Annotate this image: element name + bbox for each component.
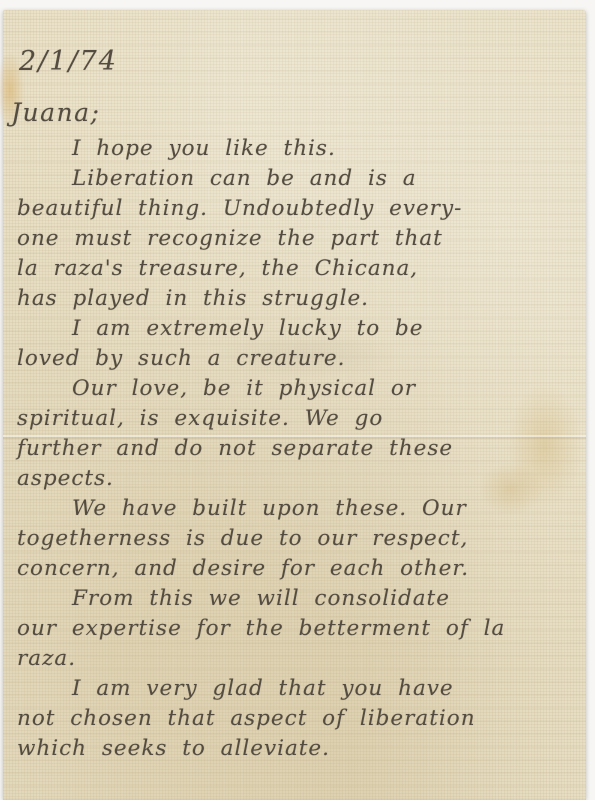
letter-line: We have built upon these. Our xyxy=(17,494,572,524)
letter-line: From this we will consolidate xyxy=(17,584,572,614)
letter-salutation: Juana; xyxy=(11,98,100,127)
letter-line: aspects. xyxy=(17,464,572,494)
letter-line: our expertise for the betterment of la xyxy=(17,614,572,644)
letter-line: togetherness is due to our respect, xyxy=(17,524,572,554)
letter-line: I am extremely lucky to be xyxy=(17,314,572,344)
letter-paper: 2/1/74 Juana; I hope you like this.Liber… xyxy=(3,10,586,800)
scan-background: 2/1/74 Juana; I hope you like this.Liber… xyxy=(0,0,595,800)
letter-line: Our love, be it physical or xyxy=(17,374,572,404)
letter-line: concern, and desire for each other. xyxy=(17,554,572,584)
letter-line: raza. xyxy=(17,644,572,674)
letter-date: 2/1/74 xyxy=(19,46,118,77)
letter-line: I am very glad that you have xyxy=(17,674,572,704)
letter-body: I hope you like this.Liberation can be a… xyxy=(17,134,572,764)
letter-line: loved by such a creature. xyxy=(17,344,572,374)
letter-line: further and do not separate these xyxy=(17,434,572,464)
letter-line: which seeks to alleviate. xyxy=(17,734,572,764)
letter-line: I hope you like this. xyxy=(17,134,572,164)
letter-line: has played in this struggle. xyxy=(17,284,572,314)
letter-line: beautiful thing. Undoubtedly every- xyxy=(17,194,572,224)
letter-line: not chosen that aspect of liberation xyxy=(17,704,572,734)
letter-line: la raza's treasure, the Chicana, xyxy=(17,254,572,284)
letter-line: spiritual, is exquisite. We go xyxy=(17,404,572,434)
letter-line: Liberation can be and is a xyxy=(17,164,572,194)
letter-line: one must recognize the part that xyxy=(17,224,572,254)
